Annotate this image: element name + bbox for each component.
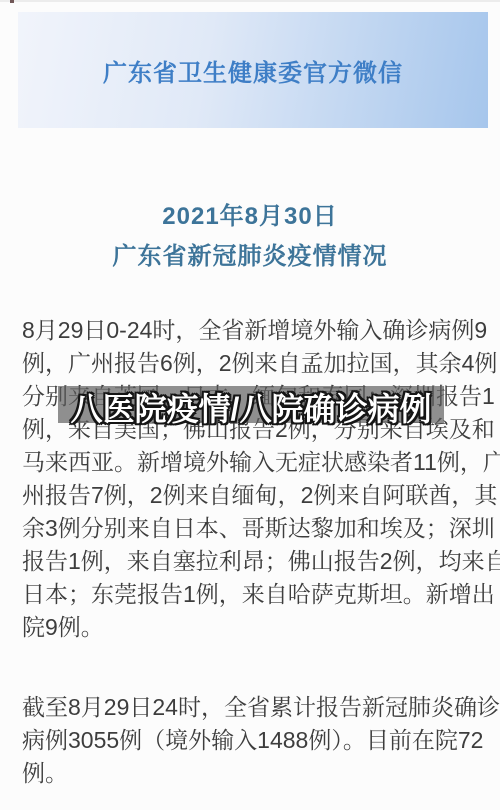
text-line: 院9例。 [22, 611, 478, 644]
official-wechat-banner: 广东省卫生健康委官方微信 [18, 12, 488, 128]
banner-title: 广东省卫生健康委官方微信 [103, 53, 403, 88]
report-date: 2021年8月30日 [0, 205, 500, 229]
text-line: 日本；东莞报告1例，来自哈萨克斯坦。新增出 [22, 578, 478, 611]
text-line: 余3例分别来自日本、哥斯达黎加和埃及；深圳 [22, 512, 478, 545]
text-line: 例。 [22, 757, 478, 790]
top-edge-line [0, 0, 500, 2]
text-line: 马来西亚。新增境外输入无症状感染者11例，广 [22, 446, 478, 479]
text-line: 报告1例，来自塞拉利昂；佛山报告2例，均来自 [22, 545, 478, 578]
report-header: 2021年8月30日 广东省新冠肺炎疫情情况 [0, 205, 500, 269]
text-line: 8月29日0-24时，全省新增境外输入确诊病例9 [22, 314, 478, 347]
top-edge-artifact [10, 0, 14, 3]
watermark-overlay: 八医院疫情/八院确诊病例 [58, 386, 444, 423]
report-title: 广东省新冠肺炎疫情情况 [0, 245, 500, 269]
text-line: 病例3055例（境外输入1488例）。目前在院72 [22, 724, 478, 757]
watermark-text: 八医院疫情/八院确诊病例 [71, 384, 432, 430]
text-line: 例，广州报告6例，2例来自孟加拉国，其余4例 [22, 347, 478, 380]
text-line: 截至8月29日24时，全省累计报告新冠肺炎确诊 [22, 691, 478, 724]
paragraph-cumulative-cases: 截至8月29日24时，全省累计报告新冠肺炎确诊 病例3055例（境外输入1488… [22, 691, 478, 790]
text-line: 州报告7例，2例来自缅甸，2例来自阿联酋，其 [22, 479, 478, 512]
paragraph-daily-new-cases: 8月29日0-24时，全省新增境外输入确诊病例9 例，广州报告6例，2例来自孟加… [22, 314, 478, 644]
